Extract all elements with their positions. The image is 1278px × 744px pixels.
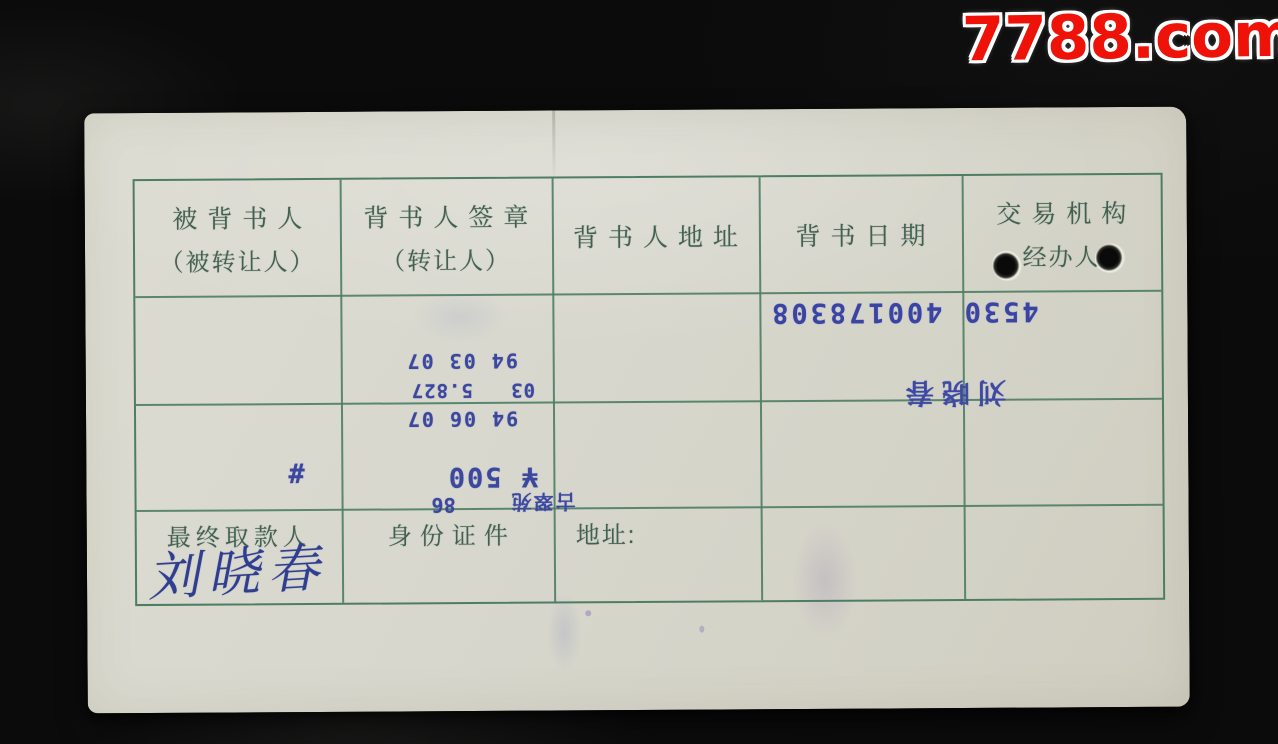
stamp-endorser-name: 刘晓春 bbox=[878, 374, 1026, 415]
ink-dot-1 bbox=[585, 610, 591, 616]
stamp-number-86: 86 bbox=[427, 493, 461, 517]
header-endorsee-line2: （被转让人） bbox=[159, 241, 315, 277]
handwritten-signature: 刘晓春 bbox=[145, 525, 329, 610]
header-endorser-address-line1: 背书人地址 bbox=[563, 217, 748, 254]
stamp-date-1: 94 03 07 bbox=[401, 349, 523, 374]
header-endorser-address: 背书人地址 bbox=[552, 177, 760, 293]
header-endorsee-line1: 被背书人 bbox=[162, 198, 312, 235]
header-endorse-date: 背书日期 bbox=[759, 176, 963, 292]
header-endorser-signature: 背书人签章 （转让人） bbox=[340, 179, 553, 295]
stamp-teller-code: 03 5.827 bbox=[403, 379, 543, 402]
punch-hole-left bbox=[992, 251, 1022, 281]
site-watermark: 7788.com bbox=[962, 0, 1278, 75]
header-endorsee: 被背书人 （被转让人） bbox=[135, 180, 341, 296]
label-address: 地址: bbox=[576, 515, 637, 550]
grid-line-horizontal-3 bbox=[137, 504, 1163, 512]
header-transaction-office: 交易机构 经办人 bbox=[962, 175, 1162, 291]
stamp-hash-mark: # bbox=[288, 459, 304, 490]
header-endorser-signature-line2: （转让人） bbox=[381, 240, 511, 276]
paper-crease bbox=[552, 110, 555, 184]
header-transaction-office-line1: 交易机构 bbox=[986, 193, 1136, 230]
ink-dot-2 bbox=[699, 626, 704, 633]
header-endorser-signature-line1: 背书人签章 bbox=[353, 197, 538, 234]
document-paper: 被背书人 （被转让人） 背书人签章 （转让人） 背书人地址 背书日期 交易机构 … bbox=[84, 107, 1190, 714]
stamp-branch-name: 古翠苑 bbox=[503, 488, 581, 517]
label-id-document: 身份证件 bbox=[342, 516, 554, 552]
stamp-date-2: 94 06 07 bbox=[401, 407, 523, 432]
stamp-amount: ¥ 500 bbox=[428, 460, 556, 492]
ink-smudge-blue bbox=[547, 592, 581, 672]
header-transaction-office-line2: 经办人 bbox=[1022, 237, 1100, 272]
header-endorse-date-line1: 背书日期 bbox=[785, 216, 935, 253]
stamp-account-number: 4530 400178308 bbox=[761, 295, 1046, 328]
